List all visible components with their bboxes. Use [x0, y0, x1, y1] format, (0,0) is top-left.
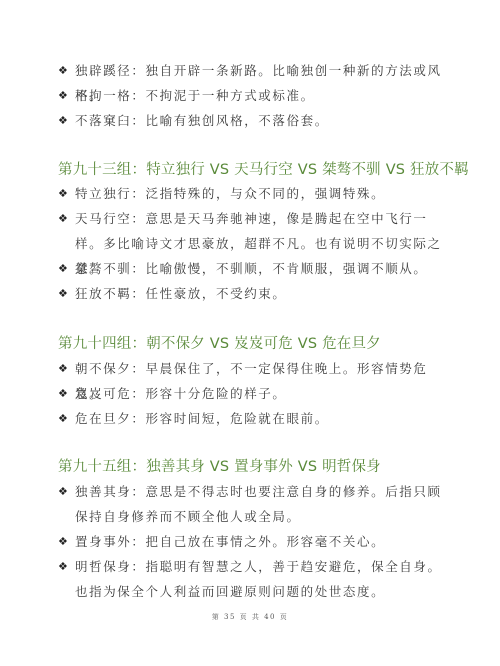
item-text: 岌岌可危：形容十分危险的样子。	[58, 381, 448, 406]
document-page: ❖ 独辟蹊径：独自开辟一条新路。比喻独创一种新的方法或风格。 ❖ 不拘一格：不拘…	[0, 0, 500, 666]
diamond-bullet-icon: ❖	[58, 356, 69, 381]
item-text: 特立独行：泛指特殊的，与众不同的，强调特殊。	[58, 181, 448, 206]
item-text: 危在旦夕：形容时间短，危险就在眼前。	[58, 406, 448, 431]
diamond-bullet-icon: ❖	[58, 206, 69, 231]
diamond-bullet-icon: ❖	[58, 406, 69, 431]
page-number-footer: 第 35 页 共 40 页	[0, 612, 500, 622]
item-text: 桀骜不驯：比喻傲慢，不驯顺，不肯顺服，强调不顺从。	[58, 256, 448, 281]
section-heading-93: 第九十三组：特立独行 VS 天马行空 VS 桀骜不驯 VS 狂放不羁	[58, 158, 469, 179]
diamond-bullet-icon: ❖	[58, 58, 69, 83]
section-heading-95: 第九十五组：独善其身 VS 置身事外 VS 明哲保身	[58, 455, 381, 476]
item-text: 不拘一格：不拘泥于一种方式或标准。	[58, 83, 448, 108]
list-item: ❖ 独善其身：意思是不得志时也要注意自身的修养。后指只顾保持自身修养而不顾全他人…	[58, 479, 448, 529]
diamond-bullet-icon: ❖	[58, 529, 69, 554]
section-heading-94: 第九十四组：朝不保夕 VS 岌岌可危 VS 危在旦夕	[58, 332, 381, 353]
list-item: ❖ 不拘一格：不拘泥于一种方式或标准。	[58, 83, 448, 108]
list-item: ❖ 明哲保身：指聪明有智慧之人，善于趋安避危，保全自身。也指为保全个人利益而回避…	[58, 554, 448, 604]
item-text: 独善其身：意思是不得志时也要注意自身的修养。后指只顾保持自身修养而不顾全他人或全…	[58, 479, 448, 529]
diamond-bullet-icon: ❖	[58, 108, 69, 133]
list-item: ❖ 危在旦夕：形容时间短，危险就在眼前。	[58, 406, 448, 431]
diamond-bullet-icon: ❖	[58, 479, 69, 504]
item-text: 置身事外：把自己放在事情之外。形容毫不关心。	[58, 529, 448, 554]
list-item: ❖ 岌岌可危：形容十分危险的样子。	[58, 381, 448, 406]
diamond-bullet-icon: ❖	[58, 381, 69, 406]
diamond-bullet-icon: ❖	[58, 554, 69, 579]
list-item: ❖ 置身事外：把自己放在事情之外。形容毫不关心。	[58, 529, 448, 554]
item-text: 狂放不羁：任性豪放，不受约束。	[58, 281, 448, 306]
diamond-bullet-icon: ❖	[58, 256, 69, 281]
list-item: ❖ 狂放不羁：任性豪放，不受约束。	[58, 281, 448, 306]
item-text: 明哲保身：指聪明有智慧之人，善于趋安避危，保全自身。也指为保全个人利益而回避原则…	[58, 554, 448, 604]
diamond-bullet-icon: ❖	[58, 181, 69, 206]
list-item: ❖ 桀骜不驯：比喻傲慢，不驯顺，不肯顺服，强调不顺从。	[58, 256, 448, 281]
list-item: ❖ 特立独行：泛指特殊的，与众不同的，强调特殊。	[58, 181, 448, 206]
diamond-bullet-icon: ❖	[58, 281, 69, 306]
diamond-bullet-icon: ❖	[58, 83, 69, 108]
list-item: ❖ 不落窠臼：比喻有独创风格，不落俗套。	[58, 108, 448, 133]
item-text: 不落窠臼：比喻有独创风格，不落俗套。	[58, 108, 448, 133]
